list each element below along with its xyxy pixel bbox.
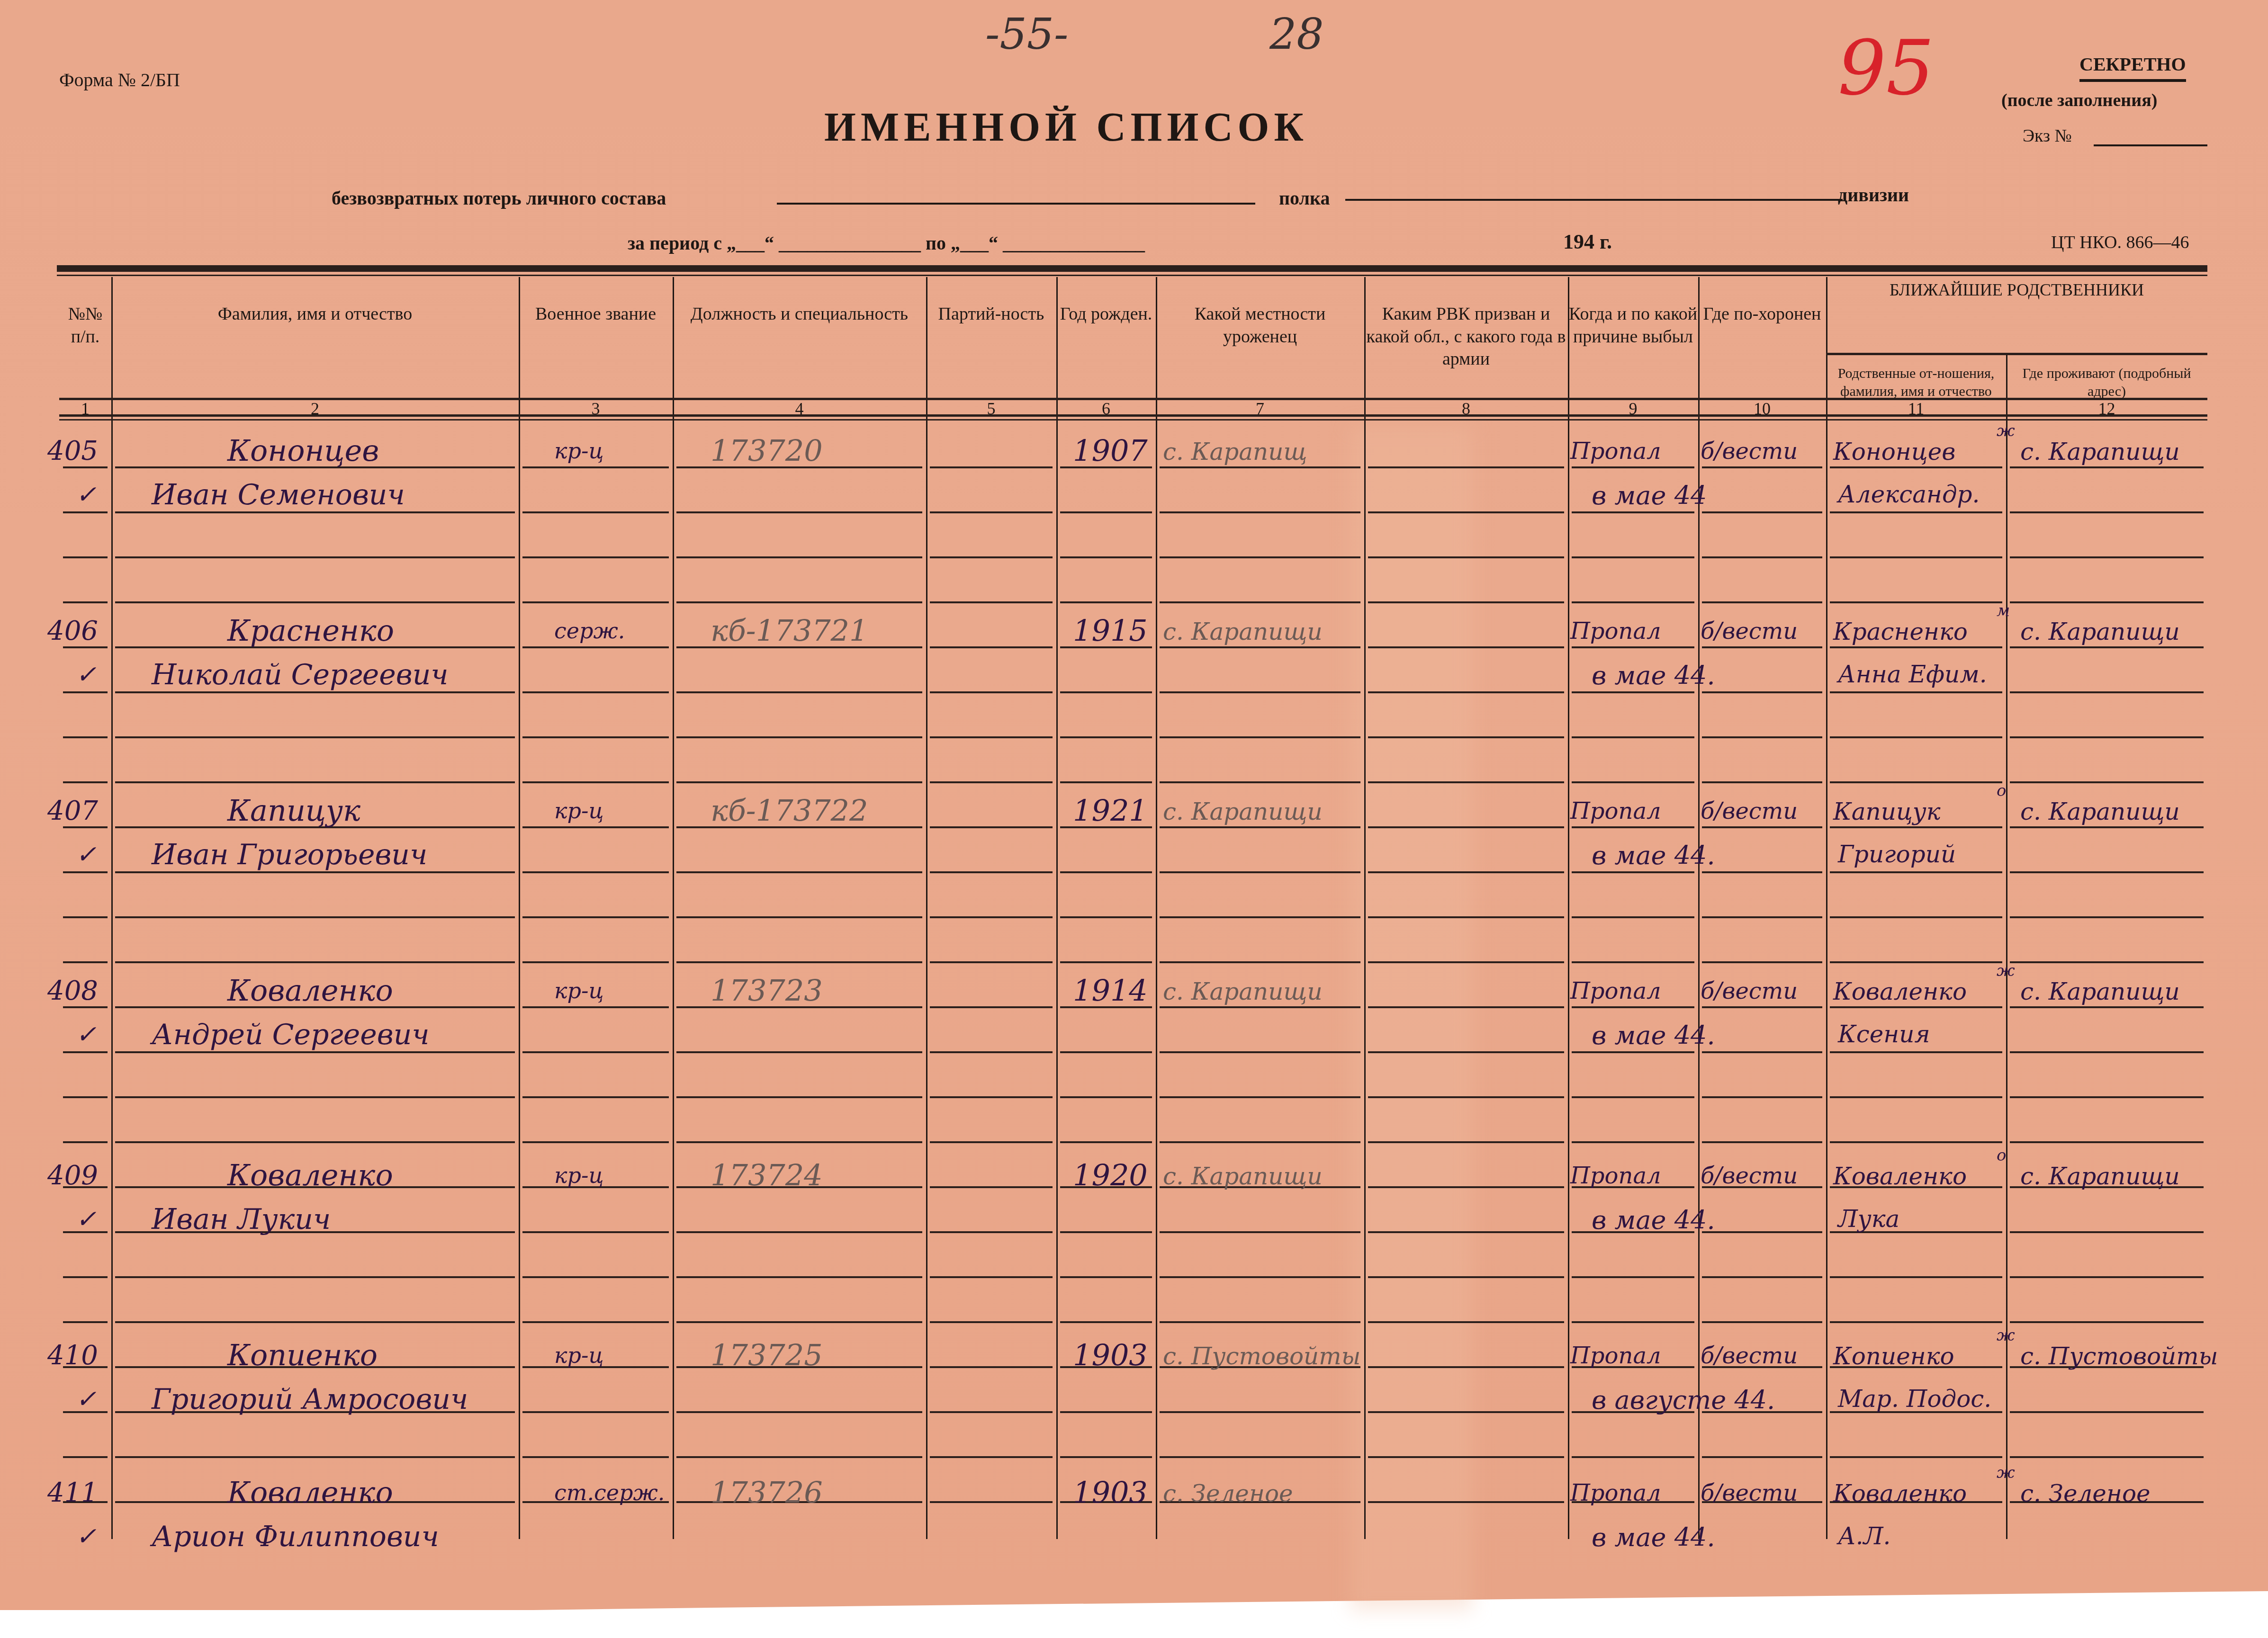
birthplace: с. Пустовойты xyxy=(1163,1343,1360,1370)
ruled-line xyxy=(2010,1411,2204,1413)
when-reason-line2: б/вести xyxy=(1701,798,1798,824)
birthplace: с. Карапищи xyxy=(1163,1163,1323,1190)
ruled-line xyxy=(2010,1456,2204,1458)
ruled-line xyxy=(522,1231,669,1233)
column-header-8: Каким РВК призван и какой обл., с какого… xyxy=(1364,303,1568,371)
ruled-line xyxy=(115,961,515,963)
check-mark: ✓ xyxy=(76,661,97,689)
ruled-line xyxy=(930,736,1053,738)
ruled-line xyxy=(1830,646,2002,648)
ruled-line xyxy=(1830,556,2002,558)
relative-name: Анна Ефим. xyxy=(1838,661,1987,688)
relative-name: Лука xyxy=(1838,1205,1899,1233)
row-number: 409 xyxy=(47,1160,98,1191)
document-title: ИМЕННОЙ СПИСОК xyxy=(824,103,1308,151)
first-name-patronymic: Иван Семенович xyxy=(152,478,405,511)
ruled-line xyxy=(2010,1051,2204,1053)
check-mark: ✓ xyxy=(76,841,97,869)
ruled-line xyxy=(2010,1141,2204,1143)
table-row[interactable] xyxy=(59,1468,2207,1468)
ruled-line xyxy=(930,1231,1053,1233)
ruled-line xyxy=(115,601,515,603)
ruled-line xyxy=(63,1321,108,1323)
when-reason-line1: Пропал xyxy=(1570,1480,1661,1506)
relative-surname: Кононцев xyxy=(1833,438,1955,465)
ruled-line xyxy=(1368,1366,1564,1368)
first-name-patronymic: Арион Филиппович xyxy=(152,1520,439,1553)
service-number: 173723 xyxy=(711,973,823,1008)
ruled-line xyxy=(930,556,1053,558)
ruled-line xyxy=(63,1141,108,1143)
ruled-line xyxy=(1702,781,1822,783)
ruled-line xyxy=(1368,916,1564,918)
ruled-line xyxy=(2010,1006,2204,1008)
ruled-line xyxy=(930,1411,1053,1413)
copy-number-label: Экз № xyxy=(2023,125,2072,146)
ruled-line xyxy=(1702,556,1822,558)
relative-name: Александр. xyxy=(1838,481,1980,508)
ruled-line xyxy=(1060,1456,1152,1458)
ruled-line xyxy=(1572,871,1694,873)
ruled-line xyxy=(522,961,669,963)
ruled-line xyxy=(676,691,922,693)
ruled-line xyxy=(522,1321,669,1323)
ruled-line xyxy=(930,466,1053,468)
ruled-line xyxy=(115,781,515,783)
ruled-line xyxy=(1830,466,2002,468)
ruled-line xyxy=(1160,826,1360,828)
ruled-line xyxy=(2010,556,2204,558)
ruled-line xyxy=(1160,556,1360,558)
ruled-line xyxy=(1702,1096,1822,1098)
ruled-line xyxy=(522,916,669,918)
ruled-line xyxy=(1830,1051,2002,1053)
ruled-line xyxy=(2010,601,2204,603)
surname: Капицук xyxy=(227,793,360,828)
ruled-line xyxy=(115,1096,515,1098)
ruled-line xyxy=(1572,646,1694,648)
water-stain xyxy=(1350,426,1473,1610)
ruled-line xyxy=(522,511,669,513)
unit-field[interactable] xyxy=(777,203,1255,205)
ruled-line xyxy=(2010,1096,2204,1098)
regiment-label: полка xyxy=(1279,187,1330,209)
ruled-line xyxy=(1160,871,1360,873)
ruled-line xyxy=(2010,961,2204,963)
ruled-line xyxy=(63,646,108,648)
ruled-line xyxy=(1572,1321,1694,1323)
ruled-line xyxy=(1160,511,1360,513)
ruled-line xyxy=(1830,601,2002,603)
copy-number-field[interactable] xyxy=(2094,144,2207,146)
column-number: 12 xyxy=(2006,399,2207,419)
ruled-line xyxy=(930,1501,1053,1503)
table-row[interactable] xyxy=(59,786,2207,787)
ruled-line xyxy=(1368,961,1564,963)
ruled-line xyxy=(1830,1141,2002,1143)
relative-address: с. Пустовойты xyxy=(2020,1343,2218,1370)
surname: Коваленко xyxy=(227,973,393,1008)
ruled-line xyxy=(930,1186,1053,1188)
when-reason-line3: в мае 44. xyxy=(1592,1020,1715,1050)
column-divider xyxy=(1568,277,1569,1539)
first-name-patronymic: Николай Сергеевич xyxy=(152,658,449,691)
ruled-line xyxy=(930,1096,1053,1098)
ruled-line xyxy=(1060,736,1152,738)
column-header-12: Где проживают (подробный адрес) xyxy=(2006,365,2207,400)
ruled-line xyxy=(676,961,922,963)
colnum-rule-thin xyxy=(59,419,2207,421)
relative-address: с. Карапищи xyxy=(2020,798,2180,825)
ruled-line xyxy=(1368,1456,1564,1458)
ruled-line xyxy=(676,1411,922,1413)
secret-label: СЕКРЕТНО xyxy=(2079,53,2186,82)
ruled-line xyxy=(522,826,669,828)
ruled-line xyxy=(1060,916,1152,918)
ruled-line xyxy=(115,1141,515,1143)
ruled-line xyxy=(2010,871,2204,873)
relative-relation-mark: ж xyxy=(1997,1463,2015,1482)
ruled-line xyxy=(1702,1276,1822,1278)
ruled-line xyxy=(2010,826,2204,828)
ruled-line xyxy=(1368,1321,1564,1323)
ruled-line xyxy=(1060,556,1152,558)
column-header-4: Должность и специальность xyxy=(673,303,926,326)
column-number: 9 xyxy=(1568,399,1698,419)
ruled-line xyxy=(1368,466,1564,468)
ruled-line xyxy=(676,1051,922,1053)
column-divider xyxy=(1698,277,1700,1539)
relative-address: с. Карапищи xyxy=(2020,1163,2180,1190)
column-number: 3 xyxy=(519,399,673,419)
military-rank: кр-ц xyxy=(554,1163,604,1188)
relative-name: Григорий xyxy=(1838,841,1956,868)
ruled-line xyxy=(1830,961,2002,963)
when-reason-line3: в мае 44. xyxy=(1592,1522,1715,1552)
ruled-line xyxy=(1160,646,1360,648)
when-reason-line1: Пропал xyxy=(1570,438,1661,465)
ruled-line xyxy=(1702,1006,1822,1008)
check-mark: ✓ xyxy=(76,1205,97,1234)
ruled-line xyxy=(1830,1321,2002,1323)
when-reason-line2: б/вести xyxy=(1701,618,1798,644)
ruled-line xyxy=(1368,1276,1564,1278)
ruled-line xyxy=(1572,1141,1694,1143)
ruled-line xyxy=(522,1276,669,1278)
birth-year: 1903 xyxy=(1073,1338,1148,1372)
relative-address: с. Карапищи xyxy=(2020,438,2180,465)
ruled-line xyxy=(1572,511,1694,513)
relative-address: с. Зеленое xyxy=(2020,1480,2151,1507)
ruled-line xyxy=(115,736,515,738)
ruled-line xyxy=(63,1051,108,1053)
ruled-line xyxy=(676,556,922,558)
relative-relation-mark: о xyxy=(1997,781,2006,800)
when-reason-line1: Пропал xyxy=(1570,978,1661,1004)
when-reason-line2: б/вести xyxy=(1701,978,1798,1004)
first-name-patronymic: Иван Лукич xyxy=(152,1203,331,1236)
ruled-line xyxy=(63,511,108,513)
ruled-line xyxy=(1702,601,1822,603)
ruled-line xyxy=(63,736,108,738)
ruled-line xyxy=(2010,1321,2204,1323)
ruled-line xyxy=(1060,1276,1152,1278)
ruled-line xyxy=(1572,916,1694,918)
ruled-line xyxy=(1368,826,1564,828)
ruled-line xyxy=(930,511,1053,513)
surname: Копиенко xyxy=(227,1338,378,1372)
ruled-line xyxy=(930,1276,1053,1278)
row-number: 411 xyxy=(47,1477,98,1508)
ruled-line xyxy=(1830,1096,2002,1098)
period-label: за период с „___“ _______________ по „__… xyxy=(628,232,1145,254)
ruled-line xyxy=(522,556,669,558)
ruled-line xyxy=(63,691,108,693)
column-number: 7 xyxy=(1156,399,1364,419)
ruled-line xyxy=(63,871,108,873)
ruled-line xyxy=(522,1141,669,1143)
ruled-line xyxy=(522,736,669,738)
column-header-1: №№ п/п. xyxy=(59,303,111,348)
row-number: 407 xyxy=(47,796,98,826)
ruled-line xyxy=(2010,1231,2204,1233)
ruled-line xyxy=(1572,601,1694,603)
ruled-line xyxy=(930,1141,1053,1143)
ruled-line xyxy=(930,1366,1053,1368)
ruled-line xyxy=(1160,1096,1360,1098)
ruled-line xyxy=(1160,1051,1360,1053)
birthplace: с. Карапищи xyxy=(1163,618,1323,645)
ruled-line xyxy=(676,781,922,783)
ruled-line xyxy=(1702,961,1822,963)
table-row[interactable] xyxy=(59,426,2207,427)
ruled-line xyxy=(63,466,108,468)
column-header-5: Партий-ность xyxy=(926,303,1056,326)
ruled-line xyxy=(930,961,1053,963)
ruled-line xyxy=(1702,1141,1822,1143)
ruled-line xyxy=(1572,691,1694,693)
ruled-line xyxy=(1060,871,1152,873)
ruled-line xyxy=(1572,1006,1694,1008)
ruled-line xyxy=(676,1456,922,1458)
service-number: 173725 xyxy=(711,1338,823,1372)
ruled-line xyxy=(1160,916,1360,918)
ruled-line xyxy=(522,1006,669,1008)
ruled-line xyxy=(1572,1051,1694,1053)
ruled-line xyxy=(930,601,1053,603)
relative-address: с. Карапищи xyxy=(2020,618,2180,645)
ruled-line xyxy=(1368,871,1564,873)
ruled-line xyxy=(676,736,922,738)
ruled-line xyxy=(1368,556,1564,558)
surname: Коваленко xyxy=(227,1158,393,1192)
table-row[interactable] xyxy=(59,966,2207,967)
ruled-line xyxy=(930,691,1053,693)
column-number: 4 xyxy=(673,399,926,419)
ruled-line xyxy=(1702,1051,1822,1053)
ruled-line xyxy=(2010,916,2204,918)
ruled-line xyxy=(2010,1276,2204,1278)
service-number: 173720 xyxy=(711,433,823,468)
column-number: 5 xyxy=(926,399,1056,419)
ruled-line xyxy=(115,1276,515,1278)
ruled-line xyxy=(1060,781,1152,783)
column-header-6: Год рожден. xyxy=(1056,303,1156,326)
relative-surname: Копиенко xyxy=(1833,1343,1954,1370)
first-name-patronymic: Андрей Сергеевич xyxy=(152,1018,430,1051)
ruled-line xyxy=(115,691,515,693)
column-number: 11 xyxy=(1826,399,2006,419)
ruled-line xyxy=(930,1006,1053,1008)
ruled-line xyxy=(1368,1096,1564,1098)
ruled-line xyxy=(115,916,515,918)
ruled-line xyxy=(1160,781,1360,783)
column-header-7: Какой местности уроженец xyxy=(1156,303,1364,348)
ruled-line xyxy=(63,781,108,783)
check-mark: ✓ xyxy=(76,1385,97,1414)
relative-relation-mark: м xyxy=(1997,601,2010,620)
ruled-line xyxy=(1702,511,1822,513)
ruled-line xyxy=(1060,961,1152,963)
relative-relation-mark: ж xyxy=(1997,961,2015,980)
division-label: дивизии xyxy=(1838,184,1909,206)
ruled-line xyxy=(63,601,108,603)
when-reason-line2: б/вести xyxy=(1701,438,1798,465)
ruled-line xyxy=(676,511,922,513)
ruled-line xyxy=(1368,601,1564,603)
relative-surname: Коваленко xyxy=(1833,978,1967,1005)
ruled-line xyxy=(1572,1276,1694,1278)
ruled-line xyxy=(522,1456,669,1458)
ruled-line xyxy=(676,1096,922,1098)
relative-address: с. Карапищи xyxy=(2020,978,2180,1005)
after-fill-label: (после заполнения) xyxy=(2001,90,2157,111)
relative-relation-mark: о xyxy=(1997,1146,2006,1165)
ruled-line xyxy=(930,871,1053,873)
birth-year: 1903 xyxy=(1073,1475,1148,1510)
ruled-line xyxy=(676,1321,922,1323)
column-header-2: Фамилия, имя и отчество xyxy=(111,303,519,326)
relative-surname: Красненко xyxy=(1833,618,1968,645)
surname: Коваленко xyxy=(227,1475,393,1510)
when-reason-line2: б/вести xyxy=(1701,1163,1798,1189)
ruled-line xyxy=(676,601,922,603)
ruled-line xyxy=(2010,691,2204,693)
birth-year: 1914 xyxy=(1073,973,1148,1008)
ruled-line xyxy=(1160,466,1360,468)
ruled-line xyxy=(1830,871,2002,873)
ruled-line xyxy=(63,1456,108,1458)
first-name-patronymic: Григорий Амросович xyxy=(152,1383,468,1416)
column-header-3: Военное звание xyxy=(519,303,673,326)
ruled-line xyxy=(63,556,108,558)
ruled-line xyxy=(930,1051,1053,1053)
ruled-line xyxy=(115,1456,515,1458)
ruled-line xyxy=(63,1276,108,1278)
table-top-rule-thin xyxy=(57,275,2207,276)
ruled-line xyxy=(1060,1411,1152,1413)
ruled-line xyxy=(1830,916,2002,918)
ruled-line xyxy=(1368,1006,1564,1008)
column-divider xyxy=(519,277,520,1539)
column-divider xyxy=(1364,277,1366,1539)
relative-name: Мар. Подос. xyxy=(1838,1385,1991,1413)
archive-number-b: 28 xyxy=(1269,9,1324,59)
birth-year: 1907 xyxy=(1073,433,1148,468)
table-row[interactable] xyxy=(59,1331,2207,1331)
row-number: 408 xyxy=(47,976,98,1006)
when-reason-line1: Пропал xyxy=(1570,618,1661,644)
ruled-line xyxy=(676,1276,922,1278)
when-reason-line3: в мае 44 xyxy=(1592,481,1707,510)
surname: Кононцев xyxy=(227,433,379,468)
ruled-line xyxy=(1160,601,1360,603)
ruled-line xyxy=(1572,736,1694,738)
ruled-line xyxy=(522,466,669,468)
ruled-line xyxy=(1368,1186,1564,1188)
check-mark: ✓ xyxy=(76,1020,97,1049)
ruled-line xyxy=(1702,1456,1822,1458)
when-reason-line2: б/вести xyxy=(1701,1343,1798,1369)
subtitle-label: безвозвратных потерь личного состава xyxy=(332,187,666,209)
check-mark: ✓ xyxy=(76,481,97,509)
ruled-line xyxy=(1160,961,1360,963)
service-number: 173724 xyxy=(711,1158,823,1192)
ruled-line xyxy=(1060,1231,1152,1233)
ruled-line xyxy=(1572,466,1694,468)
ruled-line xyxy=(522,1051,669,1053)
table-row[interactable] xyxy=(59,1151,2207,1151)
check-mark: ✓ xyxy=(76,1522,97,1551)
row-number: 406 xyxy=(47,616,98,646)
ruled-line xyxy=(1572,1096,1694,1098)
column-number: 6 xyxy=(1056,399,1156,419)
when-reason-line3: в мае 44. xyxy=(1592,1205,1715,1235)
column-header-10: Где по-хоронен xyxy=(1698,303,1826,326)
column-divider xyxy=(673,277,674,1539)
ruled-line xyxy=(1060,511,1152,513)
column-number: 10 xyxy=(1698,399,1826,419)
ruled-line xyxy=(2010,736,2204,738)
column-divider xyxy=(1156,277,1157,1539)
relative-surname: Коваленко xyxy=(1833,1163,1967,1190)
military-rank: кр-ц xyxy=(554,1343,604,1368)
table-row[interactable] xyxy=(59,606,2207,607)
ruled-line xyxy=(676,916,922,918)
ruled-line xyxy=(2010,646,2204,648)
ruled-line xyxy=(1368,781,1564,783)
military-rank: серж. xyxy=(554,618,625,644)
when-reason-line2: б/вести xyxy=(1701,1480,1798,1506)
relative-name: А.Л. xyxy=(1838,1522,1890,1550)
ruled-line xyxy=(1702,466,1822,468)
column-divider xyxy=(1056,277,1058,1539)
ruled-line xyxy=(115,556,515,558)
ruled-line xyxy=(1572,826,1694,828)
ruled-line xyxy=(1160,736,1360,738)
column-number: 2 xyxy=(111,399,519,419)
ruled-line xyxy=(63,1096,108,1098)
ruled-line xyxy=(2010,511,2204,513)
ruled-line xyxy=(1572,961,1694,963)
ruled-line xyxy=(676,1231,922,1233)
division-field[interactable] xyxy=(1345,199,1843,201)
military-rank: ст.серж. xyxy=(554,1480,665,1505)
column-number: 1 xyxy=(59,399,111,419)
ruled-line xyxy=(676,871,922,873)
year-label: 194 г. xyxy=(1563,230,1612,254)
surname: Красненко xyxy=(227,613,394,648)
